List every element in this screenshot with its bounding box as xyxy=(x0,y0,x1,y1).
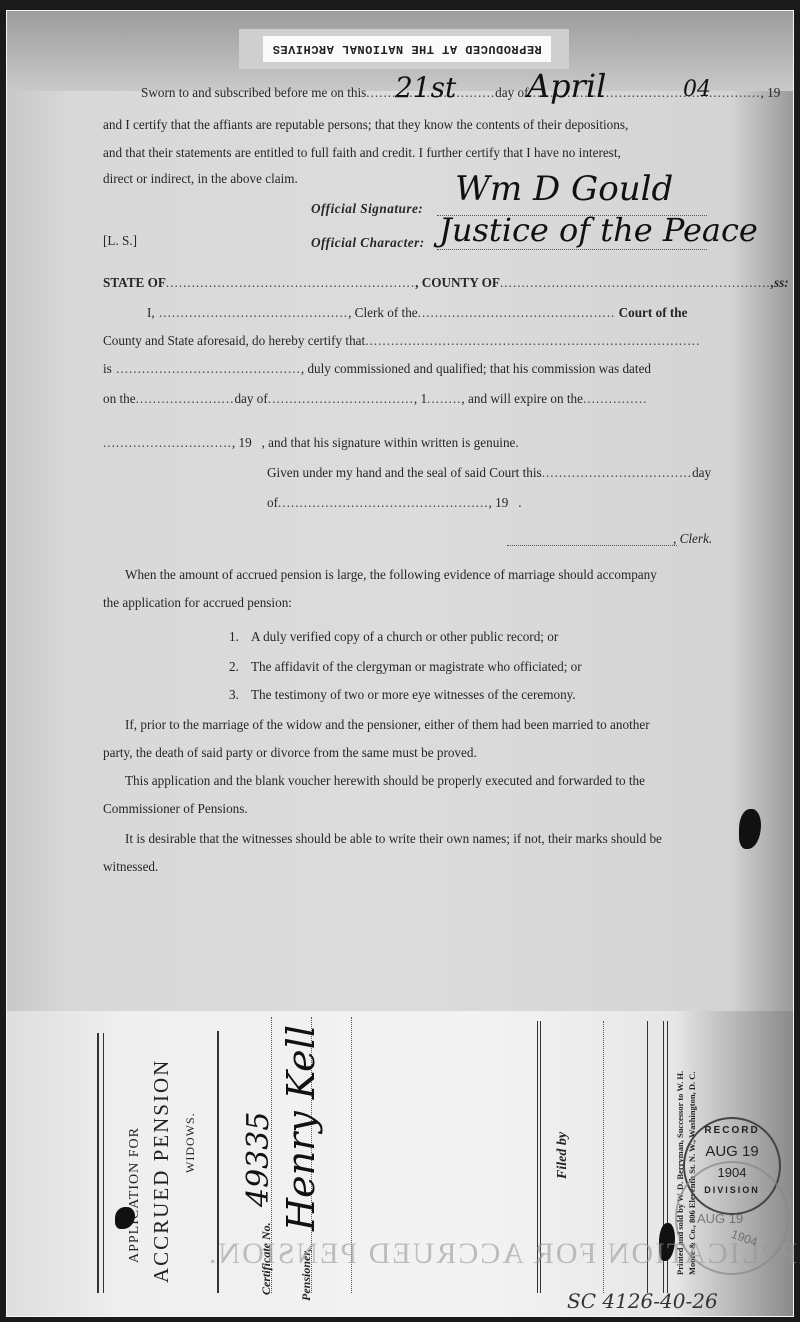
character-line xyxy=(437,249,707,250)
handwritten-year: 04 xyxy=(683,77,711,102)
jurat-line-3: and that their statements are entitled t… xyxy=(103,145,621,161)
jurat-text: day of xyxy=(495,85,528,100)
clerk-text: , duly commissioned and qualified; that … xyxy=(301,361,651,376)
item-text: The affidavit of the clergyman or magist… xyxy=(251,659,582,674)
second-postmark: AUG 19 1904 xyxy=(675,1161,789,1275)
clerk-text: Given under my hand and the seal of said… xyxy=(267,465,542,480)
clerk-label: , Clerk. xyxy=(673,531,712,547)
clerk-text: , 19 xyxy=(489,495,509,510)
prior-marriage-2: party, the death of said party or divorc… xyxy=(103,745,477,761)
item-text: A duly verified copy of a church or othe… xyxy=(251,629,558,644)
docket-panel: APPLICATION FOR ACCRUED PENSION WIDOWS. … xyxy=(7,1011,793,1316)
handwritten-day: 21st xyxy=(395,71,456,104)
handwritten-month: April xyxy=(527,67,606,105)
clerk-text: is xyxy=(103,361,112,376)
evidence-item-1: 1.A duly verified copy of a church or ot… xyxy=(229,629,558,645)
marriage-intro-1: When the amount of accrued pension is la… xyxy=(125,567,657,583)
item-number: 1. xyxy=(229,629,251,645)
state-label: STATE OF xyxy=(103,275,166,290)
clerk-line-5: .............................., 19 , and… xyxy=(103,435,519,451)
jurat-line-4: direct or indirect, in the above claim. xyxy=(103,171,298,187)
clerk-text: County and State aforesaid, do hereby ce… xyxy=(103,333,365,348)
clerk-text: day xyxy=(692,465,711,480)
clerk-line-1: I, .....................................… xyxy=(147,305,687,321)
given-line: Given under my hand and the seal of said… xyxy=(267,465,711,481)
evidence-item-3: 3.The testimony of two or more eye witne… xyxy=(229,687,576,703)
clerk-text: , and that his signature within written … xyxy=(262,435,519,450)
clerk-text: , 19 xyxy=(232,435,252,450)
jurat-text: Sworn to and subscribed before me on thi… xyxy=(141,85,366,100)
item-number: 2. xyxy=(229,659,251,675)
clerk-line-2: County and State aforesaid, do hereby ce… xyxy=(103,333,700,349)
postmark-date: AUG 19 xyxy=(685,1143,779,1160)
year-prefix: 19 xyxy=(767,85,780,100)
docket-title-line-2: ACCRUED PENSION xyxy=(149,1059,174,1283)
clerk-text: of xyxy=(267,495,278,510)
witness-2: witnessed. xyxy=(103,859,158,875)
postmark-top: RECORD xyxy=(685,1125,779,1136)
clerk-text: , and will expire on the xyxy=(461,391,583,406)
item-number: 3. xyxy=(229,687,251,703)
clerk-text: on the xyxy=(103,391,136,406)
clerk-text: I, xyxy=(147,305,155,320)
forwarding-1: This application and the blank voucher h… xyxy=(125,773,645,789)
marriage-intro-2: the application for accrued pension: xyxy=(103,595,292,611)
ink-blot xyxy=(739,809,761,849)
docket-rule xyxy=(103,1033,104,1293)
official-signature: Wm D Gould xyxy=(455,169,673,209)
clerk-text: , Clerk of the xyxy=(348,305,418,320)
seal-label: [L. S.] xyxy=(103,233,137,249)
clerk-text: Court of the xyxy=(619,305,688,320)
jurat-line-2: and I certify that the affiants are repu… xyxy=(103,117,628,133)
document-page: REPRODUCED AT THE NATIONAL ARCHIVES Swor… xyxy=(6,10,794,1317)
clerk-text: , 1 xyxy=(414,391,427,406)
evidence-item-2: 2.The affidavit of the clergyman or magi… xyxy=(229,659,582,675)
of-line: of......................................… xyxy=(267,495,522,511)
signature-label: Official Signature: xyxy=(311,201,423,217)
docket-rule xyxy=(97,1033,99,1293)
prior-marriage-1: If, prior to the marriage of the widow a… xyxy=(125,717,650,733)
docket-title-line-3: WIDOWS. xyxy=(183,1112,198,1173)
ss-label: ,ss: xyxy=(771,275,789,290)
postmark-date: AUG 19 xyxy=(697,1211,743,1226)
archive-label: REPRODUCED AT THE NATIONAL ARCHIVES xyxy=(263,36,551,62)
clerk-line-4: on the.......................day of.....… xyxy=(103,391,647,407)
clerk-text: day of xyxy=(234,391,267,406)
postmark-year: 1904 xyxy=(729,1227,759,1249)
item-text: The testimony of two or more eye witness… xyxy=(251,687,576,702)
county-label: COUNTY OF xyxy=(422,275,500,290)
docket-title-line-1: APPLICATION FOR xyxy=(127,1127,143,1263)
clerk-signature-line xyxy=(507,545,677,546)
pensioner-name: Henry Kell xyxy=(279,1025,323,1231)
certificate-number: 49335 xyxy=(241,1112,276,1207)
witness-1: It is desirable that the witnesses shoul… xyxy=(125,831,662,847)
state-county-line: STATE OF................................… xyxy=(103,275,789,291)
character-label: Official Character: xyxy=(311,235,425,251)
official-character: Justice of the Peace xyxy=(439,211,758,249)
file-reference: SC 4126-40-26 xyxy=(567,1289,718,1313)
forwarding-2: Commissioner of Pensions. xyxy=(103,801,248,817)
filed-by-label: Filed by xyxy=(555,1132,571,1179)
clerk-line-3: is .....................................… xyxy=(103,361,651,377)
